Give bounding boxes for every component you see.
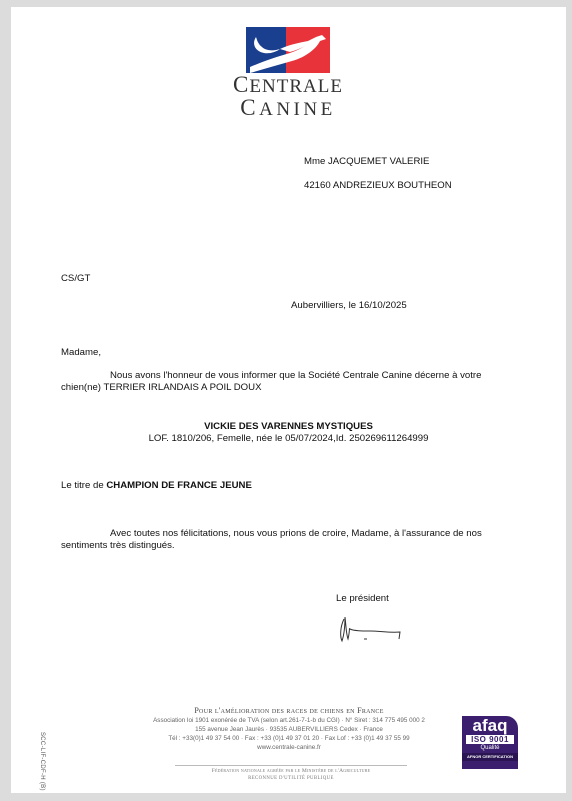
afaq-standard: ISO 9001 (466, 735, 514, 744)
closing-line-1: Avec toutes nos félicitations, nous vous… (110, 528, 482, 540)
recipient-address: 42160 ANDREZIEUX BOUTHEON (304, 180, 452, 192)
footer-title: Pour l'amélioration des races de chiens … (139, 706, 439, 716)
logo-wordmark-line2: CANINE (233, 97, 343, 120)
footer-recognition: RECONNUE D'UTILITÉ PUBLIQUE (161, 775, 421, 782)
closing-line-2: sentiments très distingués. (61, 540, 175, 552)
signature-label: Le président (336, 593, 389, 605)
footer-website: www.centrale-canine.fr (139, 743, 439, 752)
date-line: Aubervilliers, le 16/10/2025 (291, 300, 407, 312)
salutation: Madame, (61, 347, 101, 359)
letter-page: CENTRALE CANINE Mme JACQUEMET VALERIE 42… (11, 7, 566, 793)
footer-divider (175, 765, 407, 766)
footer-federation-block: Fédération nationale agréée par le Minis… (161, 767, 421, 782)
afaq-issuer: AFNOR CERTIFICATION (462, 753, 518, 761)
footer-federation: Fédération nationale agréée par le Minis… (161, 767, 421, 775)
signature-icon (336, 609, 406, 645)
afaq-iso-badge: afaq ISO 9001 Qualité AFNOR CERTIFICATIO… (462, 716, 518, 769)
afaq-label: Qualité (462, 744, 518, 753)
footer-phone-line: Tél : +33(0)1 49 37 54 00 · Fax : +33 (0… (139, 734, 439, 743)
leaping-dog-flag-icon (246, 27, 330, 73)
footer-association-line: Association loi 1901 exonérée de TVA (se… (139, 716, 439, 725)
recipient-name: Mme JACQUEMET VALERIE (304, 156, 429, 168)
logo-wordmark-line1: CENTRALE (233, 74, 343, 97)
dog-details: LOF. 1810/206, Femelle, née le 05/07/202… (11, 433, 566, 445)
afaq-brand: afaq (462, 717, 518, 735)
intro-line-2: chien(ne) TERRIER IRLANDAIS A POIL DOUX (61, 382, 261, 394)
footer-address-line: 155 avenue Jean Jaurès · 93535 AUBERVILL… (139, 725, 439, 734)
dog-name: VICKIE DES VARENNES MYSTIQUES (11, 421, 566, 433)
award-title-prefix: Le titre de (61, 480, 106, 491)
award-title-line: Le titre de CHAMPION DE FRANCE JEUNE (61, 480, 252, 492)
reference-code: CS/GT (61, 273, 90, 285)
intro-line-1: Nous avons l'honneur de vous informer qu… (110, 370, 481, 382)
footer-block: Pour l'amélioration des races de chiens … (139, 706, 439, 752)
award-title-value: CHAMPION DE FRANCE JEUNE (106, 480, 252, 491)
side-document-code: SCC-LIF-CDF-H (B) (39, 732, 45, 791)
